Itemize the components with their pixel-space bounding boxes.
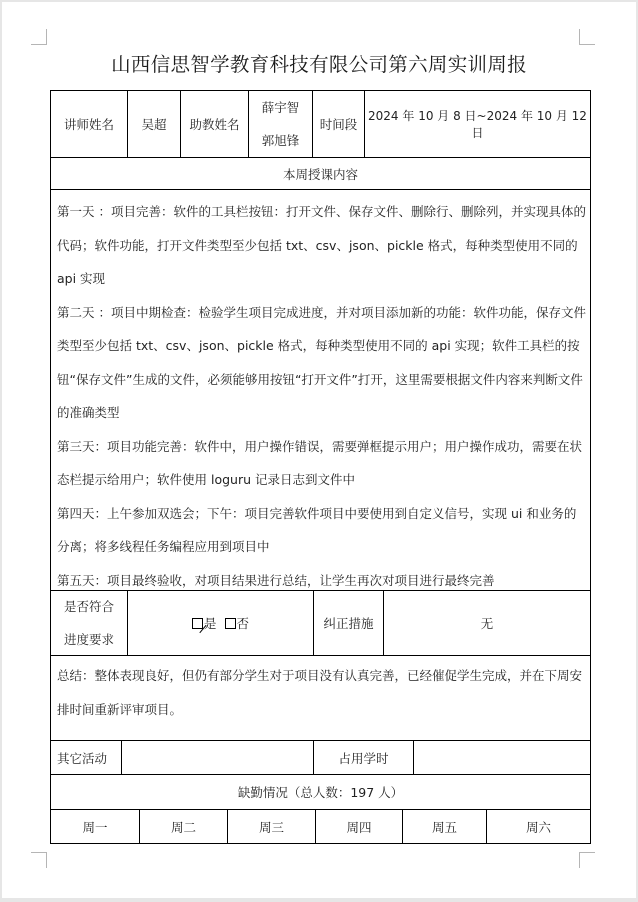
weekday-tue[interactable]: 周二 (139, 809, 228, 844)
progress-label-line2: 进度要求 (64, 623, 114, 656)
progress-choice: 是 否 (127, 590, 314, 656)
section-title: 本周授课内容 (50, 157, 591, 190)
summary-cell[interactable]: 总结：整体表现良好，但仍有部分学生对于项目没有认真完善，已经催促学生完成，并在下… (50, 655, 591, 741)
other-activities-value[interactable] (121, 740, 314, 775)
weekly-content[interactable]: 第一天 ：项目完善：软件的工具栏按钮：打开文件、保存文件、删除行、删除列，并实现… (50, 189, 591, 591)
margin-corner-bottom-left (31, 852, 47, 868)
lecturer-label: 讲师姓名 (50, 90, 128, 158)
attendance-title: 缺勤情况（总人数：197 人） (50, 774, 591, 810)
assistant-names[interactable]: 薛宇智 郭旭锋 (248, 90, 313, 158)
day-1-content: 第一天 ：项目完善：软件的工具栏按钮：打开文件、保存文件、删除行、删除列，并实现… (57, 195, 586, 296)
period-value[interactable]: 2024 年 10 月 8 日~2024 年 10 月 12 日 (364, 90, 591, 158)
weekday-thu[interactable]: 周四 (315, 809, 403, 844)
day-2-content: 第二天 ：项目中期检查：检验学生项目完成进度，并对项目添加新的功能：软件功能，保… (57, 296, 586, 430)
other-activities-label: 其它活动 (50, 740, 122, 775)
assistant-name-1: 薛宇智 (262, 91, 300, 124)
progress-label-line1: 是否符合 (64, 590, 114, 623)
yes-option-label[interactable]: 是 (204, 614, 217, 632)
progress-label: 是否符合 进度要求 (50, 590, 128, 656)
no-option-label[interactable]: 否 (237, 614, 250, 632)
report-title: 山西信思智学教育科技有限公司第六周实训周报 (0, 49, 638, 77)
margin-corner-top-left (31, 29, 47, 45)
lecturer-name[interactable]: 吴超 (127, 90, 181, 158)
assistant-label: 助教姓名 (180, 90, 249, 158)
day-3-content: 第三天：项目功能完善：软件中，用户操作错误，需要弹框提示用户；用户操作成功，需要… (57, 430, 586, 497)
weekday-wed[interactable]: 周三 (227, 809, 316, 844)
correction-value[interactable]: 无 (383, 590, 591, 656)
weekday-mon[interactable]: 周一 (50, 809, 140, 844)
checkbox-no-icon[interactable] (225, 618, 236, 629)
weekday-sat[interactable]: 周六 (486, 809, 591, 844)
correction-label: 纠正措施 (313, 590, 384, 656)
summary-text: 总结：整体表现良好，但仍有部分学生对于项目没有认真完善，已经催促学生完成，并在下… (57, 659, 586, 726)
margin-corner-bottom-right (579, 852, 595, 868)
hours-value[interactable] (413, 740, 591, 775)
checkbox-yes-icon[interactable] (192, 618, 203, 629)
assistant-name-2: 郭旭锋 (262, 124, 300, 157)
weekday-fri[interactable]: 周五 (402, 809, 487, 844)
day-4-content: 第四天：上午参加双选会；下午：项目完善软件项目中要使用到自定义信号，实现 ui … (57, 497, 586, 564)
hours-label: 占用学时 (313, 740, 414, 775)
period-label: 时间段 (312, 90, 365, 158)
margin-corner-top-right (579, 29, 595, 45)
